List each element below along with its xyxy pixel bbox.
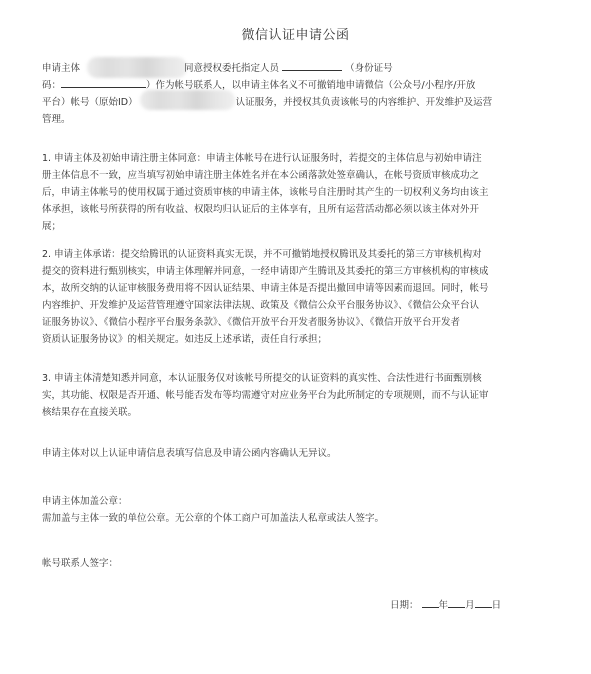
clause-3-line: 核结果存在直接关联。 <box>42 404 562 421</box>
year-blank <box>422 597 439 608</box>
clause-2-line: 资质认证服务协议》的相关规定。如违反上述承诺，责任自行承担； <box>42 331 562 348</box>
clause-1-line: 后，申请主体帐号的使用权属于通过资质审核的申请主体，该帐号自注册时其产生的一切权… <box>42 184 562 201</box>
clause-1-line: 1. 申请主体及初始申请注册主体同意：申请主体帐号在进行认证服务时，若提交的主体… <box>42 150 562 167</box>
clause-1: 1. 申请主体及初始申请注册主体同意：申请主体帐号在进行认证服务时，若提交的主体… <box>42 150 562 235</box>
intro-paragraph: 申请主体同意授权委托指定人员 （身份证号 码：）作为帐号联系人，以申请主体名义不… <box>42 60 562 128</box>
intro-line-4: 管理。 <box>42 111 562 128</box>
seal-note: 需加盖与主体一致的单位公章。无公章的个体工商户可加盖法人私章或法人签字。 <box>42 510 562 527</box>
date-line: 日期： 年月日 <box>390 597 501 611</box>
confirmation-statement: 申请主体对以上认证申请信息表填写信息及申请公函内容确认无异议。 <box>42 445 562 462</box>
clause-1-line: 体承担，该帐号所获得的所有收益、权限均归认证后的主体享有，且所有运营活动都必须以… <box>42 201 562 218</box>
clause-3-line: 实，其功能、权限是否开通、帐号能否发布等均需遵守对应业务平台为此所制定的专项规则… <box>42 387 562 404</box>
intro-line-3: 平台）帐号（原始ID）认证服务，并授权其负责该帐号的内容维护、开发维护及运营 <box>42 94 562 111</box>
day-blank <box>475 597 492 608</box>
intro-applicant-label: 申请主体 <box>42 63 80 74</box>
clause-1-line: 展； <box>42 218 562 235</box>
intro-contact-text: ）作为帐号联系人，以申请主体名义不可撤销地申请微信（公众号/小程序/开放 <box>146 80 475 91</box>
clause-2-line: 提交的资料进行甄别核实，申请主体理解并同意，一经申请即产生腾讯及其委托的第三方审… <box>42 263 562 280</box>
month-label: 月 <box>465 600 475 611</box>
id-number-blank <box>61 77 146 88</box>
seal-label: 申请主体加盖公章： <box>42 493 562 510</box>
clause-3-line: 3. 申请主体清楚知悉并同意，本认证服务仅对该帐号所提交的认证资料的真实性、合法… <box>42 370 562 387</box>
clause-2-line: 2. 申请主体承诺：提交给腾讯的认证资料真实无误，并不可撤销地授权腾讯及其委托的… <box>42 246 562 263</box>
intro-authorize-text: 同意授权委托指定人员 <box>184 63 279 74</box>
intro-line-2: 码：）作为帐号联系人，以申请主体名义不可撤销地申请微信（公众号/小程序/开放 <box>42 77 562 94</box>
clause-3: 3. 申请主体清楚知悉并同意，本认证服务仅对该帐号所提交的认证资料的真实性、合法… <box>42 370 562 421</box>
intro-id-label: （身份证号 <box>345 63 393 74</box>
clause-2-line: 本，故所交纳的认证审核服务费用将不因认证结果、申请主体是否提出撤回申请等因素而退… <box>42 280 562 297</box>
day-label: 日 <box>492 600 502 611</box>
document-title: 微信认证申请公函 <box>0 24 591 43</box>
year-label: 年 <box>439 600 449 611</box>
clause-2: 2. 申请主体承诺：提交给腾讯的认证资料真实无误，并不可撤销地授权腾讯及其委托的… <box>42 246 562 348</box>
clause-2-line: 内容维护、开发维护及运营管理遵守国家法律法规、政策及《微信公众平台服务协议》、《… <box>42 297 562 314</box>
clause-2-line: 证服务协议》、《微信小程序平台服务条款》、《微信开放平台开发者服务协议》、《微信… <box>42 314 562 331</box>
month-blank <box>448 597 465 608</box>
date-label: 日期： <box>390 600 419 611</box>
intro-service-text: 认证服务，并授权其负责该帐号的内容维护、开发维护及运营 <box>236 97 493 108</box>
intro-id-code-label: 码： <box>42 80 61 91</box>
intro-original-id-label: 平台）帐号（原始ID） <box>42 97 138 108</box>
designated-person-blank <box>282 60 342 71</box>
intro-line-1: 申请主体同意授权委托指定人员 （身份证号 <box>42 60 562 77</box>
contact-signature-label: 帐号联系人签字： <box>42 555 562 572</box>
clause-1-line: 册主体信息不一致，应当填写初始申请注册主体姓名并在本公函落款处签章确认，在帐号资… <box>42 167 562 184</box>
